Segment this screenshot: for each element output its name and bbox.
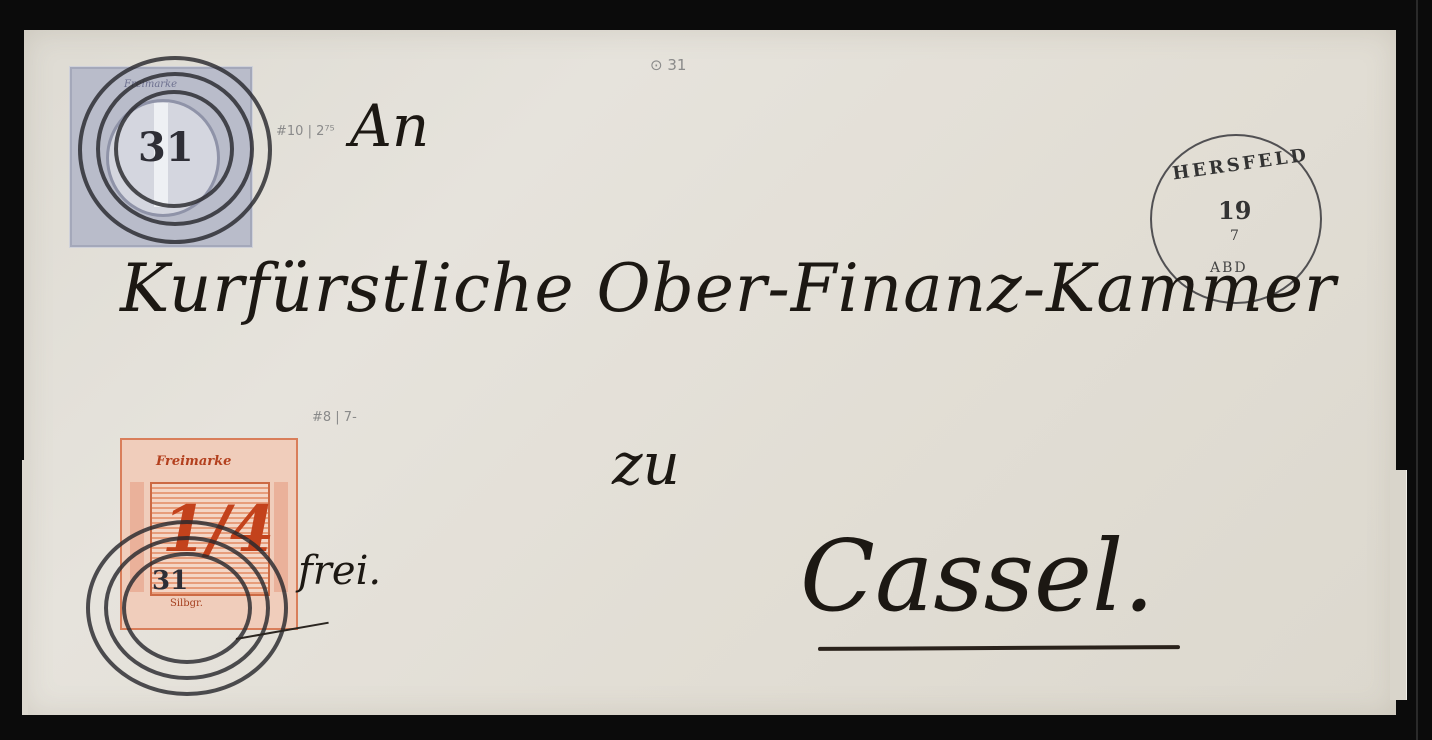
- handwritten-frei-note: frei.: [298, 548, 381, 594]
- stamp-legend: Freimarke: [156, 454, 231, 469]
- handwritten-addressee: Kurfürstliche Ober-Finanz-Kammer: [120, 250, 1337, 327]
- numeral-cancel-number: 31: [138, 124, 194, 171]
- postmark-town: HERSFELD: [1171, 145, 1310, 185]
- pencil-note-top: ⊙ 31: [650, 56, 686, 74]
- envelope-left-edge: [22, 460, 28, 715]
- frame-edge: [1416, 0, 1418, 740]
- pencil-note-grey-stamp: #10 | 2⁷⁵: [276, 124, 335, 139]
- postmark-day: 19: [1218, 196, 1251, 225]
- handwritten-zu: zu: [612, 430, 680, 498]
- pencil-note-orange-stamp: #8 | 7-: [312, 410, 357, 425]
- handwritten-city: Cassel.: [800, 520, 1154, 634]
- envelope-flap-edge: [1390, 470, 1407, 700]
- handwritten-salutation: An: [350, 92, 429, 160]
- postmark-month: 7: [1230, 228, 1239, 244]
- numeral-cancel-number: 31: [152, 566, 188, 596]
